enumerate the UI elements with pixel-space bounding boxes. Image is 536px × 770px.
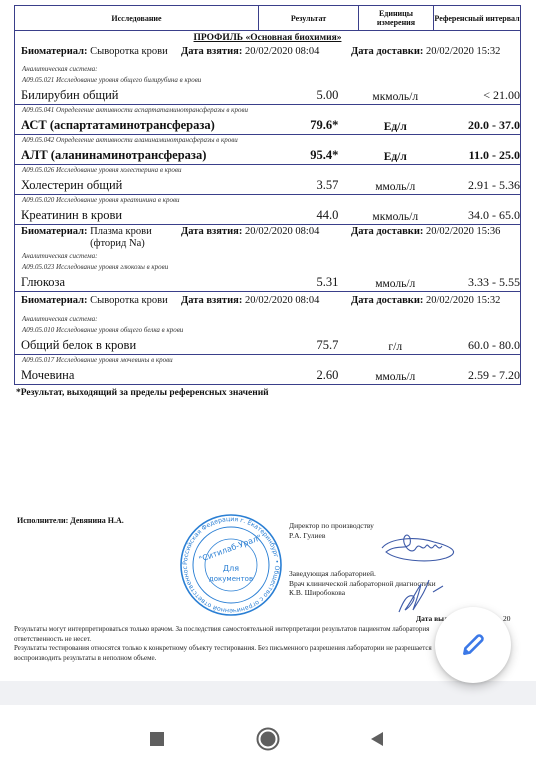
test-result: 2.60 [259,368,339,383]
sample-date-label: Дата взятия: [181,46,242,57]
profile-title: ПРОФИЛЬ «Основная биохимия» [15,31,520,44]
test-values: АЛТ (аланинаминотрансфераза)95.4*Ед/л11.… [15,146,520,164]
biomaterial-line: Биоматериал: Сыворотка крови Дата взятия… [15,44,520,58]
triangle-back-icon [368,730,386,748]
sample-date-value: 20/02/2020 08:04 [245,295,319,306]
test-units: ммоль/л [338,278,452,290]
test-name: Креатинин в крови [15,208,259,223]
sample-date-label: Дата взятия: [181,295,242,306]
test-units: мкмоль/л [338,91,452,103]
edit-fab-button[interactable] [435,607,511,683]
table-row: A09.05.021 Исследование уровня общего би… [15,75,520,105]
test-name: Билирубин общий [15,88,259,103]
delivery-date-label: Дата доставки: [351,226,423,237]
svg-text:"Ситилаб-Урал": "Ситилаб-Урал" [198,533,263,564]
analytic-system-label: Аналитическая система: [15,251,520,262]
biomaterial-label: Биоматериал: [21,46,88,57]
test-units: ммоль/л [338,371,452,383]
svg-text:документов: документов [209,575,253,583]
test-code: A09.05.021 Исследование уровня общего би… [15,75,520,86]
biomaterial-value: Сыворотка крови [90,295,168,306]
viewer-background [0,681,536,705]
analytic-system-label: Аналитическая система: [15,314,520,325]
header-result: Результат [259,6,359,30]
disclaimer: Результаты могут интерпретироваться толь… [14,625,434,663]
sample-date-label: Дата взятия: [181,226,242,237]
test-values: АСТ (аспартатаминотрансфераза)79.6*Ед/л2… [15,116,520,134]
section-serum-1: ПРОФИЛЬ «Основная биохимия» Биоматериал:… [15,31,520,225]
recents-button[interactable] [145,727,169,751]
header-test: Исследование [15,6,259,30]
test-name: Холестерин общий [15,178,259,193]
footnote: *Результат, выходящий за пределы референ… [16,388,269,398]
sample-date-value: 20/02/2020 08:04 [245,46,319,57]
delivery-date-value: 20/02/2020 15:32 [426,295,500,306]
pencil-icon [460,632,486,658]
biomaterial-value-line2: (фторид Na) [90,238,145,249]
test-code: A09.05.010 Исследование уровня общего бе… [15,325,520,336]
analytic-system-label: Аналитическая система: [15,64,520,75]
system-navigation-bar [0,705,536,770]
test-code: A09.05.026 Исследование уровня холестери… [15,165,520,176]
test-reference: 2.91 - 5.36 [452,178,520,193]
sample-date-value: 20/02/2020 08:04 [245,226,319,237]
signature-icon [395,578,447,614]
executor: Исполнители: Девянина Н.А. [17,516,124,525]
biomaterial-line: Биоматериал: Сыворотка крови Дата взятия… [15,292,520,308]
biomaterial-value: Плазма крови [90,226,152,237]
test-values: Глюкоза5.31ммоль/л3.33 - 5.55 [15,273,520,291]
table-row: A09.05.042 Определение активности аланин… [15,135,520,165]
table-row: A09.05.023 Исследование уровня глюкозы в… [15,262,520,291]
test-reference: 11.0 - 25.0 [452,148,520,163]
back-button[interactable] [365,727,389,751]
table-row: A09.05.041 Определение активности аспарт… [15,105,520,135]
test-result: 75.7 [259,338,339,353]
test-code: A09.05.020 Исследование уровня креатинин… [15,195,520,206]
disclaimer-line-2: Результаты тестирования относятся только… [14,644,434,663]
delivery-date-value: 20/02/2020 15:32 [426,46,500,57]
test-units: ммоль/л [338,181,452,193]
test-result: 5.31 [259,275,339,290]
test-values: Холестерин общий3.57ммоль/л2.91 - 5.36 [15,176,520,194]
test-values: Креатинин в крови44.0мкмоль/л34.0 - 65.0 [15,206,520,224]
signature-icon [376,530,466,564]
test-name: АСТ (аспартатаминотрансфераза) [15,118,259,133]
header-units: Единицы измерения [359,6,434,30]
test-result: 3.57 [259,178,339,193]
test-units: Ед/л [338,151,452,163]
biomaterial-label: Биоматериал: [21,295,88,306]
issue-date-tail: 20 [503,614,511,623]
test-reference: 3.33 - 5.55 [452,275,520,290]
biomaterial-line: Биоматериал: Плазма крови(фторид Na) Дат… [15,225,520,251]
director-signature-block: Директор по производству Р.А. Гулиев [289,521,374,540]
director-title: Директор по производству [289,521,374,531]
test-result: 44.0 [259,208,339,223]
test-code: A09.05.023 Исследование уровня глюкозы в… [15,262,520,273]
biomaterial-label: Биоматериал: [21,226,88,251]
test-code: A09.05.041 Определение активности аспарт… [15,105,520,116]
test-reference: < 21.00 [452,88,520,103]
test-reference: 2.59 - 7.20 [452,368,520,383]
test-code: A09.05.042 Определение активности аланин… [15,135,520,146]
table-row: A09.05.020 Исследование уровня креатинин… [15,195,520,224]
header-reference: Референсный интервал [434,6,520,30]
test-reference: 60.0 - 80.0 [452,338,520,353]
test-values: Общий белок в крови75.7г/л60.0 - 80.0 [15,336,520,354]
test-name: Глюкоза [15,275,259,290]
results-table: Исследование Результат Единицы измерения… [14,5,521,385]
test-reference: 34.0 - 65.0 [452,208,520,223]
test-reference: 20.0 - 37.0 [452,118,520,133]
square-icon [148,730,166,748]
delivery-date-label: Дата доставки: [351,46,423,57]
test-units: Ед/л [338,121,452,133]
table-row: A09.05.010 Исследование уровня общего бе… [15,325,520,355]
test-values: Мочевина2.60ммоль/л2.59 - 7.20 [15,366,520,384]
section-plasma: Биоматериал: Плазма крови(фторид Na) Дат… [15,225,520,292]
test-units: мкмоль/л [338,211,452,223]
table-header: Исследование Результат Единицы измерения… [15,6,520,31]
home-button[interactable] [256,727,280,751]
circle-icon [256,727,280,751]
section-serum-2: Биоматериал: Сыворотка крови Дата взятия… [15,292,520,384]
test-result: 95.4* [259,148,339,163]
test-values: Билирубин общий5.00мкмоль/л< 21.00 [15,86,520,104]
document-page: Исследование Результат Единицы измерения… [0,0,536,681]
test-name: Мочевина [15,368,259,383]
disclaimer-line-1: Результаты могут интерпретироваться толь… [14,625,434,644]
test-code: A09.05.017 Исследование уровня мочевины … [15,355,520,366]
table-row: A09.05.026 Исследование уровня холестери… [15,165,520,195]
test-result: 5.00 [259,88,339,103]
test-name: Общий белок в крови [15,338,259,353]
table-row: A09.05.017 Исследование уровня мочевины … [15,355,520,384]
test-units: г/л [338,341,452,353]
delivery-date-label: Дата доставки: [351,295,423,306]
biomaterial-value: Сыворотка крови [90,46,168,57]
delivery-date-value: 20/02/2020 15:36 [426,226,500,237]
test-name: АЛТ (аланинаминотрансфераза) [15,148,259,163]
test-result: 79.6* [259,118,339,133]
svg-text:Для: Для [223,564,239,573]
director-name: Р.А. Гулиев [289,531,374,541]
stamp-icon: Российская Федерация г. Екатеринбург • О… [175,513,287,617]
